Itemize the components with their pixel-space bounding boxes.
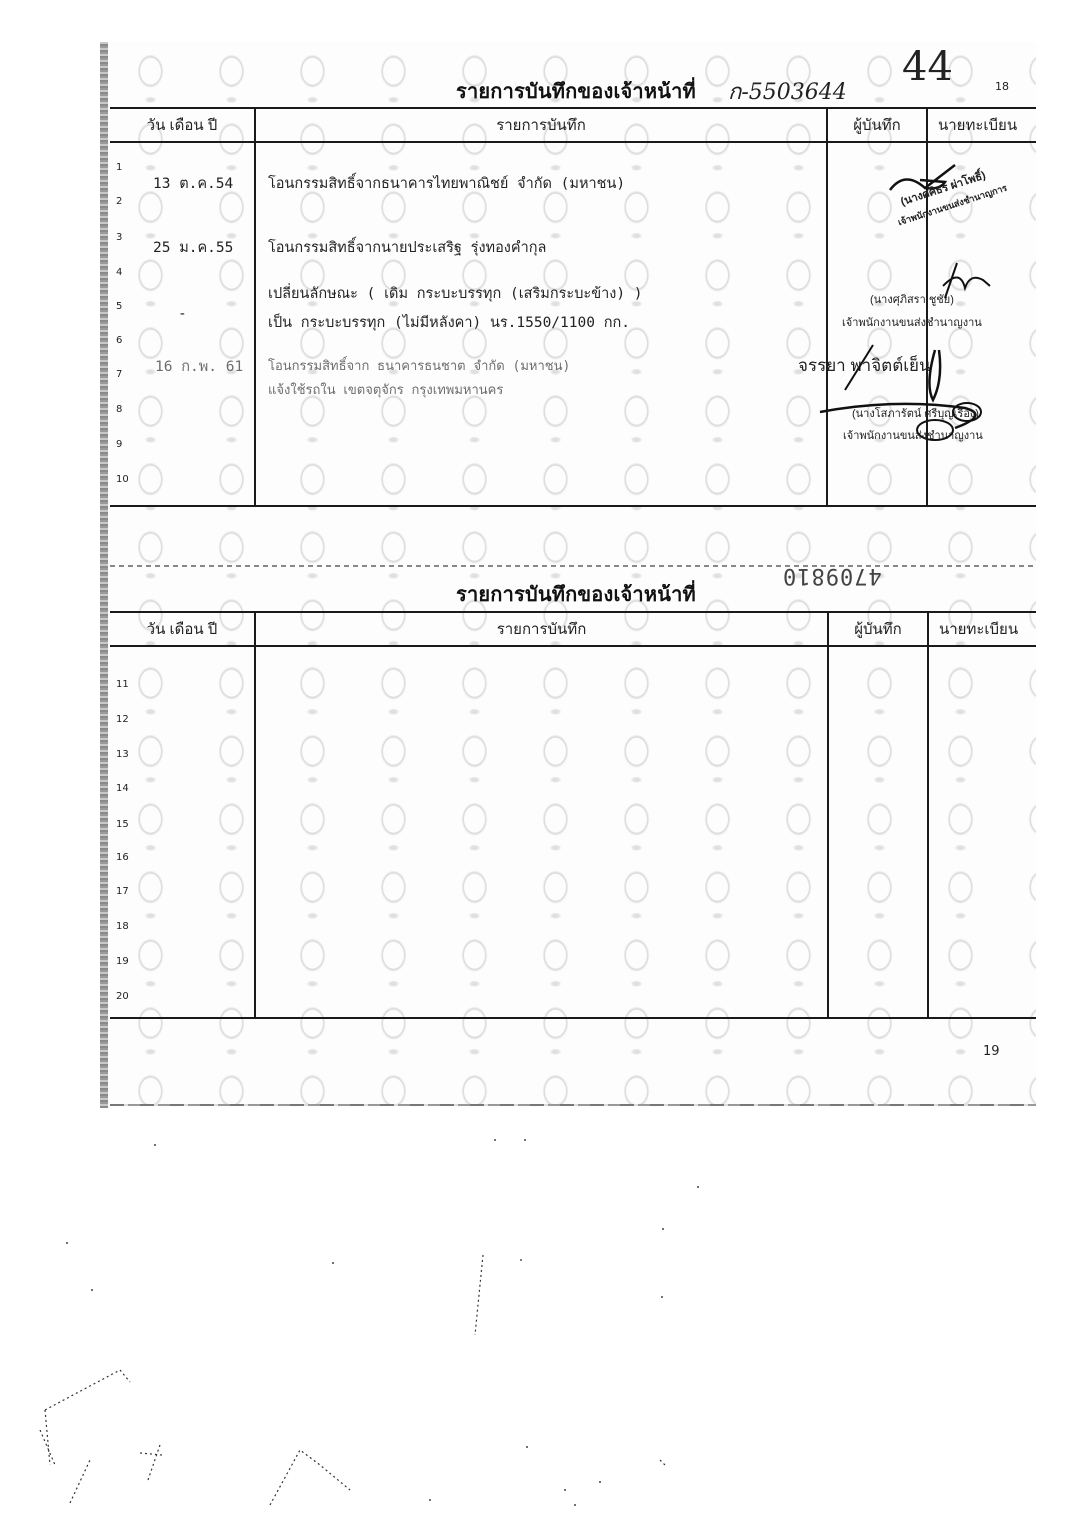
row-number: 16 [116,852,129,863]
entry-date: - [178,306,187,322]
row-number: 12 [116,714,129,725]
scan-artifact-marks [0,1120,1076,1520]
entry-text: เป็น กระบะบรรทุก (ไม่มีหลังคา) นร.1550/1… [268,311,630,334]
upside-down-serial-number: 4709810 [782,563,882,588]
row-number: 17 [116,886,129,897]
header-date: วัน เดือน ปี [110,612,255,646]
top-header-row: วัน เดือน ปี รายการบันทึก ผู้บันทึก นายท… [110,108,1036,142]
signature-scribble-2 [935,258,995,303]
row-number: 5 [116,301,122,312]
entry-date: 25 ม.ค.55 [153,236,233,259]
row-number: 3 [116,232,122,243]
row-number: 15 [116,819,129,830]
header-entry: รายการบันทึก [255,108,827,142]
bottom-body: 11 12 13 14 15 16 17 18 19 20 [110,646,1036,1018]
header-entry: รายการบันทึก [255,612,828,646]
row-number: 18 [116,921,129,932]
page-bottom-edge [110,1104,1036,1106]
recorder-column [828,646,928,1018]
row-number: 19 [116,956,129,967]
entry-text: โอนกรรมสิทธิ์จากธนาคารไทยพาณิชย์ จำกัด (… [268,172,625,195]
row-number: 1 [116,162,122,173]
handwritten-registration-number: ก-5503644 [728,74,847,109]
row-number: 6 [116,335,122,346]
entry-column: โอนกรรมสิทธิ์จากธนาคารไทยพาณิชย์ จำกัด (… [255,142,827,506]
entry-date: 13 ต.ค.54 [153,172,233,195]
entry-text: โอนกรรมสิทธิ์จาก ธนาคารธนชาต จำกัด (มหาช… [268,355,570,376]
row-number: 14 [116,783,129,794]
row-number: 2 [116,196,122,207]
bottom-section-title: รายการบันทึกของเจ้าหน้าที่ [456,578,696,610]
row-number: 10 [116,474,129,485]
row-number: 11 [116,679,129,690]
header-recorder: ผู้บันทึก [828,612,928,646]
entry-date: 16 ก.พ. 61 [155,355,243,378]
entry-text: เปลี่ยนลักษณะ ( เดิม กระบะบรรทุก (เสริมก… [268,282,643,305]
top-section-title: รายการบันทึกของเจ้าหน้าที่ [456,75,696,107]
header-registrar: นายทะเบียน [927,108,1036,142]
header-date: วัน เดือน ปี [110,108,255,142]
bottom-header-row: วัน เดือน ปี รายการบันทึก ผู้บันทึก นายท… [110,612,1036,646]
bottom-register-table: วัน เดือน ปี รายการบันทึก ผู้บันทึก นายท… [110,611,1036,1019]
registrar-column [928,646,1036,1018]
signer-3-title: เจ้าพนักงานขนส่งชำนาญงาน [843,426,983,444]
entry-text: โอนกรรมสิทธิ์จากนายประเสริฐ รุ่งทองคำกุล [268,236,546,259]
signer-3-name: (นางโสภารัตน์ ศรีบุญเรือง) [852,404,979,422]
row-number: 20 [116,991,129,1002]
page-fold-perforation [110,565,1036,567]
handwritten-page-mark: 44 [902,44,953,90]
signer-2-title: เจ้าพนักงานขนส่งชำนาญงาน [842,313,982,331]
page-binding-edge [100,42,108,1108]
page-number-top: 18 [995,80,1009,93]
row-number: 7 [116,369,122,380]
page-number-bottom: 19 [983,1044,1000,1059]
row-number: 9 [116,439,122,450]
row-number: 4 [116,267,122,278]
header-registrar: นายทะเบียน [928,612,1036,646]
entry-column [255,646,828,1018]
entry-text: แจ้งใช้รถใน เขตจตุจักร กรุงเทพมหานคร [268,379,503,400]
date-column: 1 2 3 4 5 6 7 8 9 10 13 ต.ค.54 25 ม.ค.55… [110,142,255,506]
row-number: 13 [116,749,129,760]
row-number: 8 [116,404,122,415]
date-column: 11 12 13 14 15 16 17 18 19 20 [110,646,255,1018]
header-recorder: ผู้บันทึก [827,108,927,142]
